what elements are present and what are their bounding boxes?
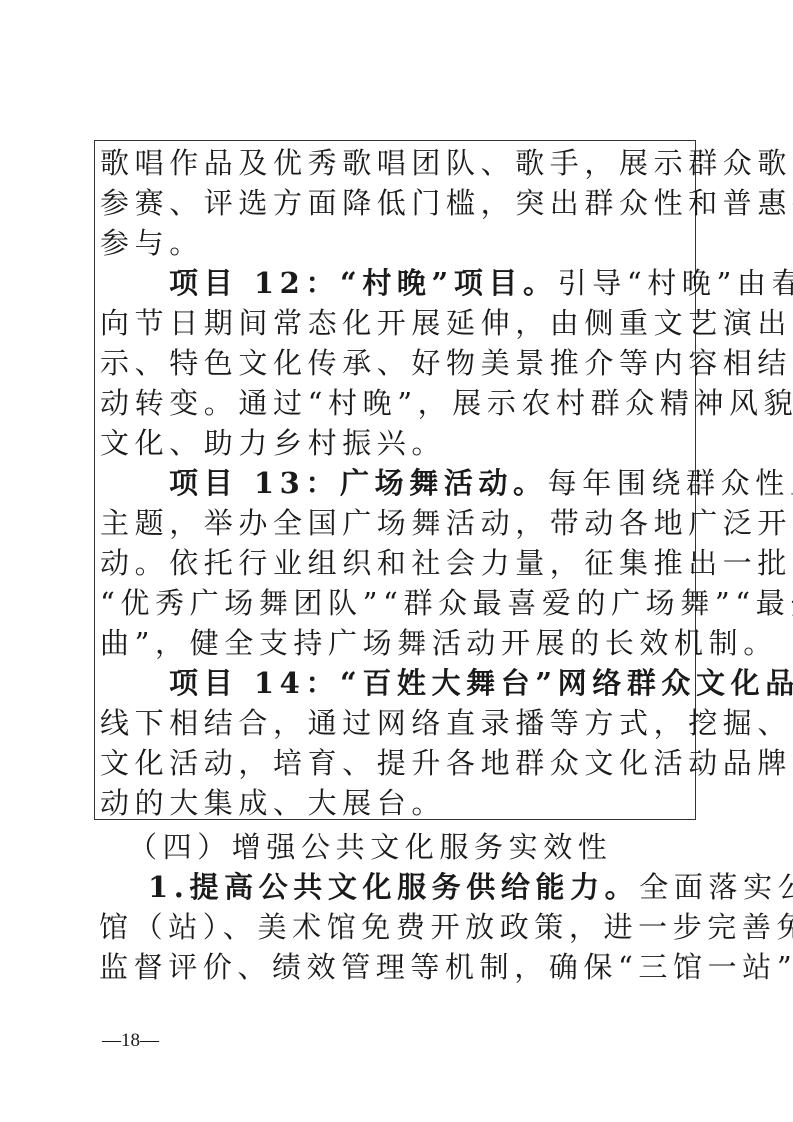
paragraph-line: 文化活动，培育、提升各地群众文化活动品牌，打造群众文化活: [100, 746, 793, 780]
project-13-first-line: 项目 13：广场舞活动。每年围绕群众性主题宣传教育活动: [100, 466, 793, 500]
paragraph-line: 动的大集成、大展台。: [100, 786, 446, 820]
paragraph-line: 动转变。通过“村晚”，展示农村群众精神风貌、传承优秀乡土: [100, 386, 793, 420]
project-14-heading: 项目 14：“百姓大舞台”网络群众文化品牌活动。: [169, 666, 793, 700]
paragraph-line: 馆（站）、美术馆免费开放政策，进一步完善免费开放信息公开、: [99, 910, 793, 944]
paragraph-line: 动。依托行业组织和社会力量，征集推出一批“广场舞带头人”: [100, 546, 793, 580]
paragraph-line: 参赛、评选方面降低门槛，突出群众性和普惠化，带动更多群众: [100, 186, 793, 220]
paragraph-line: 文化、助力乡村振兴。: [100, 426, 446, 460]
project-12-heading: 项目 12：“村晚”项目。: [169, 266, 558, 300]
paragraph-line: 曲”，健全支持广场舞活动开展的长效机制。: [100, 626, 778, 660]
project-12-first-line: 项目 12：“村晚”项目。引导“村晚”由春节期间集中开展: [100, 266, 793, 300]
project-box: 歌唱作品及优秀歌唱团队、歌手，展示群众歌唱风采。在合唱节 参赛、评选方面降低门槛…: [94, 140, 696, 820]
paragraph-line: 歌唱作品及优秀歌唱团队、歌手，展示群众歌唱风采。在合唱节: [100, 146, 793, 180]
paragraph-line: “优秀广场舞团队”“群众最喜爱的广场舞”“最受欢迎的广场舞: [100, 586, 793, 620]
paragraph-line: 参与。: [100, 226, 204, 260]
paragraph-line: 主题，举办全国广场舞活动，带动各地广泛开展主题性广场舞活: [100, 506, 793, 540]
project-14-first-line: 项目 14：“百姓大舞台”网络群众文化品牌活动。采取线上: [100, 666, 793, 700]
section-heading: （四）增强公共文化服务实效性: [128, 830, 612, 864]
paragraph-line: 线下相结合，通过网络直录播等方式，挖掘、展示各地优秀群众: [100, 706, 793, 740]
paragraph-line: 向节日期间常态化开展延伸，由侧重文艺演出活动向群众文艺展: [100, 306, 793, 340]
project-13-heading: 项目 13：广场舞活动。: [169, 466, 548, 500]
item-1-first-line: 1.提高公共文化服务供给能力。全面落实公共图书馆、文化: [148, 870, 793, 904]
paragraph-line: 监督评价、绩效管理等机制，确保“三馆一站”高质量开展基本: [99, 950, 793, 984]
item-1-heading: 1.提高公共文化服务供给能力。: [148, 870, 639, 904]
paragraph-line: 示、特色文化传承、好物美景推介等内容相结合的综合性节庆活: [100, 346, 793, 380]
page-number: —18—: [102, 1030, 159, 1052]
